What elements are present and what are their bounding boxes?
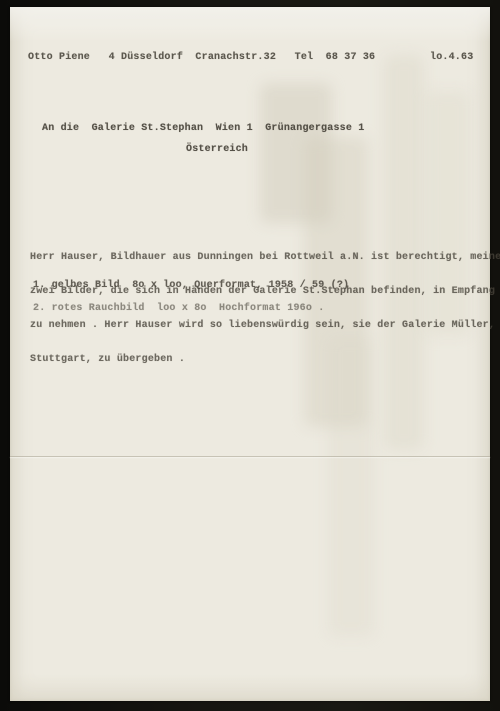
scan-frame: Otto Piene 4 Düsseldorf Cranachstr.32 Te…	[0, 0, 500, 711]
show-through-stain	[260, 83, 332, 223]
body-line-1: Herr Hauser, Bildhauer aus Dunningen bei…	[30, 252, 500, 263]
body-line-3: zu nehmen . Herr Hauser wird so liebensw…	[30, 320, 500, 331]
fold-crease	[10, 456, 490, 457]
body-line-4: Stuttgart, zu übergeben .	[30, 354, 500, 365]
list-item-2: 2. rotes Rauchbild loo x 8o Hochformat 1…	[33, 303, 324, 314]
recipient-line-1: An die Galerie St.Stephan Wien 1 Grünang…	[42, 123, 364, 134]
letter-date: lo.4.63	[430, 52, 473, 63]
letter-paper: Otto Piene 4 Düsseldorf Cranachstr.32 Te…	[10, 7, 490, 701]
recipient-line-2: Österreich	[186, 144, 248, 155]
list-item-1: 1. gelbes Bild 8o x loo, Querformat, 195…	[33, 280, 349, 291]
sender-line: Otto Piene 4 Düsseldorf Cranachstr.32 Te…	[28, 52, 375, 63]
